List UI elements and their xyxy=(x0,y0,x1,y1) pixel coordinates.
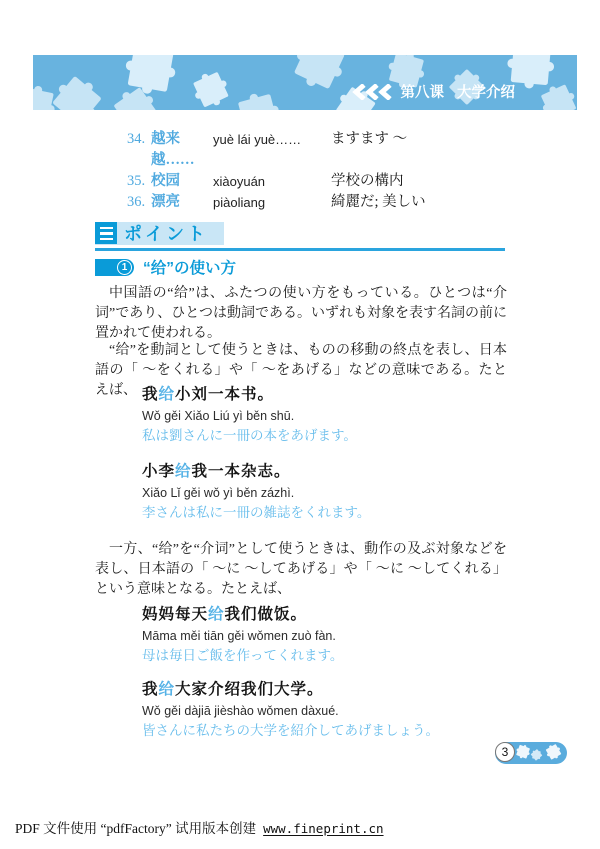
example-chinese-pre: 妈妈每天 xyxy=(142,606,208,623)
vocab-hanzi: 越来越…… xyxy=(151,129,213,171)
chapter-header: 第八课 大学介绍 xyxy=(352,81,516,102)
vocab-row: 35. 校园 xiàoyuán 学校の構内 xyxy=(127,171,426,192)
example-gei-highlight: 给 xyxy=(159,386,176,403)
vocab-number: 34. xyxy=(127,129,151,171)
example-chinese: 我给大家介绍我们大学。 xyxy=(142,679,439,701)
footer-link[interactable]: www.fineprint.cn xyxy=(263,821,383,836)
header-band: 第八课 大学介绍 xyxy=(33,55,577,110)
vocab-number: 35. xyxy=(127,171,151,192)
example-sentence: 妈妈每天给我们做饭。 Māma měi tiān gěi wǒmen zuò f… xyxy=(142,604,343,665)
example-chinese: 我给小刘一本书。 xyxy=(142,384,357,406)
example-gei-highlight: 给 xyxy=(175,463,192,480)
puzzle-pattern-small-icon xyxy=(515,742,565,764)
example-japanese: 李さんは私に一冊の雑誌をくれます。 xyxy=(142,503,370,522)
example-chinese-post: 我一本杂志。 xyxy=(192,463,291,480)
example-gei-highlight: 给 xyxy=(208,606,225,623)
page-number: 3 xyxy=(495,742,515,762)
example-pinyin: Wǒ gěi Xiǎo Liú yì běn shū. xyxy=(142,406,357,426)
lesson-title: 大学介绍 xyxy=(457,81,515,102)
example-pinyin: Xiǎo Lǐ gěi wǒ yì běn zázhì. xyxy=(142,483,370,503)
point-marker-icon: 1 xyxy=(95,259,134,276)
vocab-row: 36. 漂亮 piàoliang 綺麗だ; 美しい xyxy=(127,192,426,213)
example-chinese-pre: 我 xyxy=(142,386,159,403)
example-chinese: 妈妈每天给我们做饭。 xyxy=(142,604,343,626)
section-title: ポイント xyxy=(124,220,208,246)
example-japanese: 私は劉さんに一冊の本をあげます。 xyxy=(142,426,357,445)
example-chinese-post: 我们做饭。 xyxy=(225,606,308,623)
vocab-row: 34. 越来越…… yuè lái yuè…… ますます ～ xyxy=(127,129,426,171)
vocab-number: 36. xyxy=(127,192,151,213)
footer-text: PDF 文件使用 “pdfFactory” 试用版本创建 xyxy=(15,817,256,837)
paragraph-intro: 中国語の“给”は、ふたつの使い方をもっている。ひとつは“介词”であり、ひとつは動… xyxy=(95,284,507,344)
vocab-hanzi: 校园 xyxy=(151,171,213,192)
vocab-japanese: 学校の構内 xyxy=(331,171,426,192)
example-chinese-pre: 我 xyxy=(142,681,159,698)
vocab-pinyin: yuè lái yuè…… xyxy=(213,129,331,171)
example-pinyin: Māma měi tiān gěi wǒmen zuò fàn. xyxy=(142,626,343,646)
example-chinese-pre: 小李 xyxy=(142,463,175,480)
pdf-footer: PDF 文件使用 “pdfFactory” 试用版本创建 www.finepri… xyxy=(15,817,384,837)
example-sentence: 我给大家介绍我们大学。 Wǒ gěi dàjiā jièshào wǒmen d… xyxy=(142,679,439,740)
example-sentence: 我给小刘一本书。 Wǒ gěi Xiǎo Liú yì běn shū. 私は劉… xyxy=(142,384,357,445)
example-chinese: 小李给我一本杂志。 xyxy=(142,461,370,483)
vocab-pinyin: xiàoyuán xyxy=(213,171,331,192)
vocab-japanese: ますます ～ xyxy=(331,129,426,171)
example-japanese: 皆さんに私たちの大学を紹介してあげましょう。 xyxy=(142,721,439,740)
example-chinese-post: 大家介绍我们大学。 xyxy=(175,681,324,698)
example-japanese: 母は毎日ご飯を作ってくれます。 xyxy=(142,646,343,665)
point-title: “给”の使い方 xyxy=(143,256,236,278)
textbook-page: 第八课 大学介绍 34. 越来越…… yuè lái yuè…… ますます ～ … xyxy=(0,0,600,849)
example-sentence: 小李给我一本杂志。 Xiǎo Lǐ gěi wǒ yì běn zázhì. 李… xyxy=(142,461,370,522)
vocab-hanzi: 漂亮 xyxy=(151,192,213,213)
list-icon xyxy=(95,222,117,244)
example-pinyin: Wǒ gěi dàjiā jièshào wǒmen dàxué. xyxy=(142,701,439,721)
point-number: 1 xyxy=(117,260,132,275)
example-chinese-post: 小刘一本书。 xyxy=(175,386,274,403)
vocab-pinyin: piàoliang xyxy=(213,192,331,213)
section-header: ポイント xyxy=(95,216,505,251)
triple-chevron-left-icon xyxy=(352,84,392,100)
paragraph-preposition-usage: 一方、“给”を“介词”として使うときは、動作の及ぶ対象などを表し、日本語の「 ～… xyxy=(95,540,507,600)
lesson-number: 第八课 xyxy=(401,81,445,102)
vocab-japanese: 綺麗だ; 美しい xyxy=(331,192,426,213)
example-gei-highlight: 给 xyxy=(159,681,176,698)
page-number-badge: 3 xyxy=(495,742,567,764)
vocab-list: 34. 越来越…… yuè lái yuè…… ますます ～ 35. 校园 xi… xyxy=(127,129,426,213)
section-title-highlight: ポイント xyxy=(95,222,224,245)
point-heading: 1 “给”の使い方 xyxy=(95,256,236,278)
